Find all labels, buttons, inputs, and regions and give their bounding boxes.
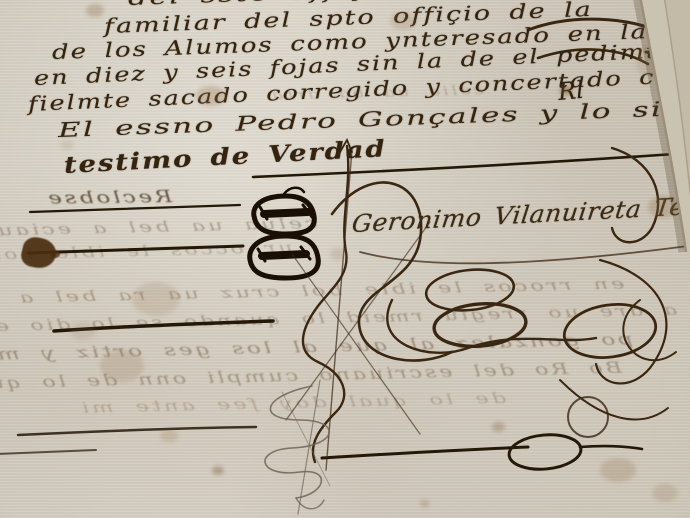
bleedthrough-line: celua ua bel a eciaua [0,214,318,240]
signature-text: Geronimo Vilanuireta Tesada [350,189,690,238]
manuscript-photo: celia ua ba drta Reclobse celua ua bel a… [0,0,690,518]
manuscript-text-line: testimo de Verdad [63,135,387,179]
central-signo-flourish [286,140,452,470]
manuscript-page: celia ua ba drta Reclobse celua ua bel a… [0,0,690,518]
bleedthrough-line: de lo qual doy fee ante mi [78,389,506,417]
paper-stain [330,248,346,260]
paper-stain [212,466,224,475]
paper-stain [600,458,636,482]
paper-stain [160,430,178,442]
struck-word-bleed: Reclobse [45,187,172,209]
bleedthrough-line: ur occos le ible bol [0,238,293,263]
paper-stain [492,422,505,432]
paper-stain [420,500,429,507]
paper-stain [652,484,678,502]
paper-stain [86,4,104,17]
marginal-abbreviation-rl: Rl [557,76,585,106]
bleedthrough-line: Bo Ro del escriuano cumpli onn de lo qua… [0,358,622,393]
